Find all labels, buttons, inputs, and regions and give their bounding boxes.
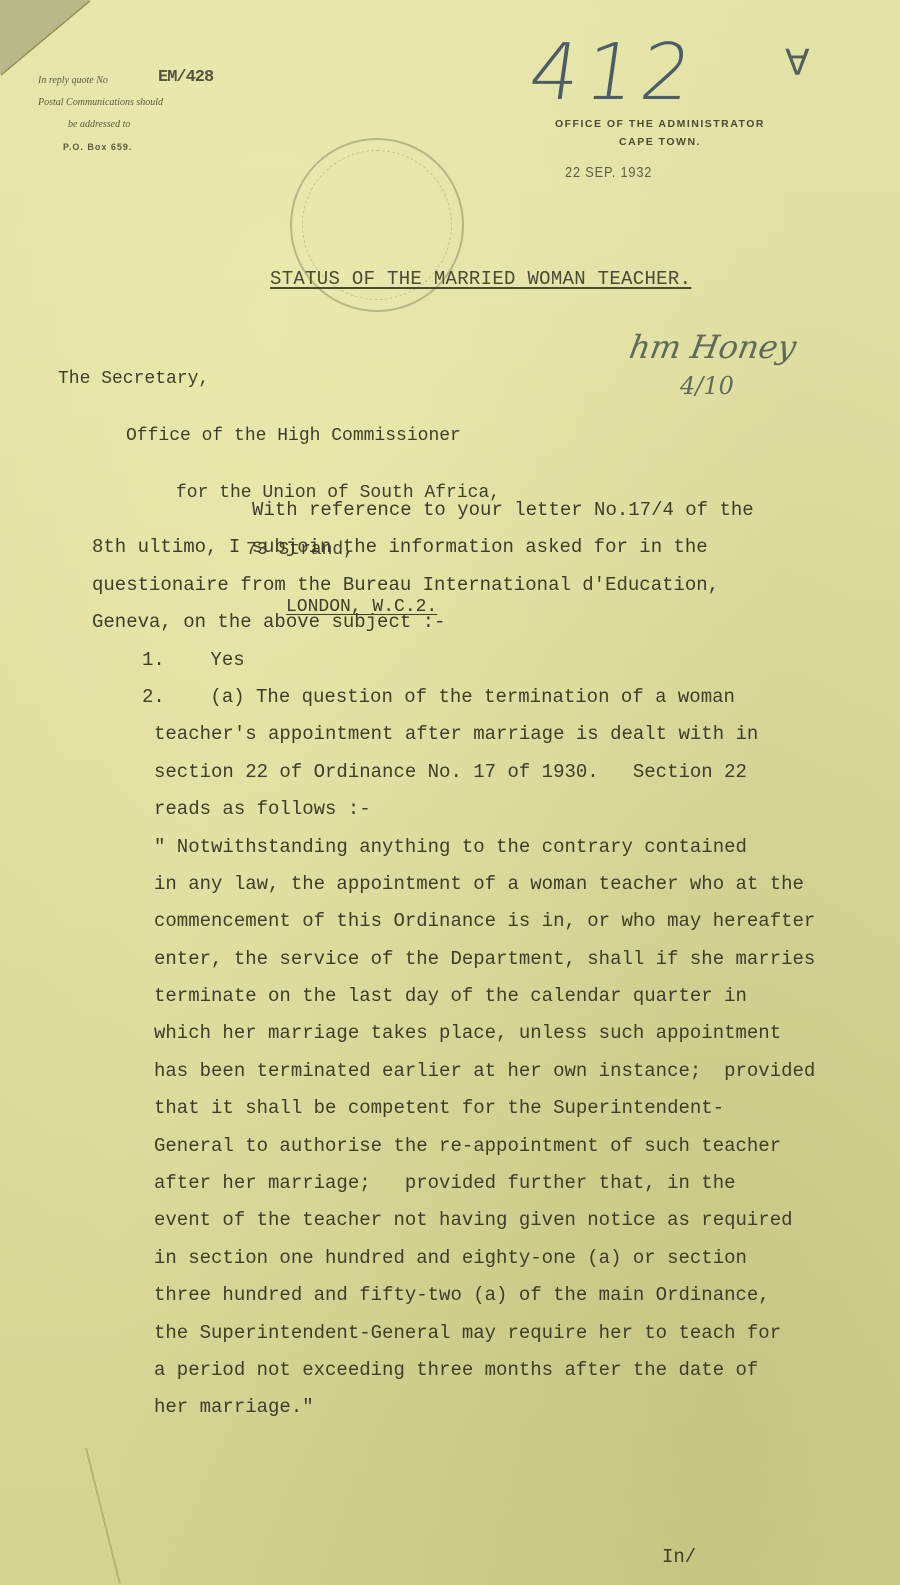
- body-line: a period not exceeding three months afte…: [92, 1352, 900, 1389]
- body-line: the Superintendent-General may require h…: [92, 1315, 900, 1352]
- addressee-line-2: Office of the High Commissioner: [58, 427, 500, 446]
- body-line: enter, the service of the Department, sh…: [92, 941, 900, 978]
- body-line: questionaire from the Bureau Internation…: [92, 567, 900, 604]
- postal-line-2: be addressed to: [38, 114, 268, 136]
- reference-number: EM/428: [158, 67, 213, 89]
- continuation-mark: In/: [662, 1546, 696, 1568]
- body-line: " Notwithstanding anything to the contra…: [92, 829, 900, 866]
- letterhead-office-block: OFFICE OF THE ADMINISTRATOR CAPE TOWN.: [510, 115, 810, 151]
- body-line: reads as follows :-: [92, 791, 900, 828]
- handwritten-corner-mark: A: [785, 40, 810, 81]
- body-line: her marriage.": [92, 1389, 900, 1426]
- body-line: has been terminated earlier at her own i…: [92, 1053, 900, 1090]
- date-stamp: 22 SEP. 1932: [565, 164, 652, 181]
- body-line: commencement of this Ordinance is in, or…: [92, 903, 900, 940]
- body-line: 1. Yes: [92, 642, 900, 679]
- po-box: P.O. Box 659.: [38, 136, 268, 158]
- body-line: terminate on the last day of the calenda…: [92, 978, 900, 1015]
- body-line: With reference to your letter No.17/4 of…: [92, 492, 900, 529]
- office-line-2: CAPE TOWN.: [510, 133, 810, 151]
- letter-body: With reference to your letter No.17/4 of…: [92, 492, 900, 1427]
- handwritten-initials: hm Honey: [627, 328, 800, 366]
- body-line: General to authorise the re-appointment …: [92, 1128, 900, 1165]
- body-line: which her marriage takes place, unless s…: [92, 1015, 900, 1052]
- body-line: three hundred and fifty-two (a) of the m…: [92, 1277, 900, 1314]
- folded-corner: [0, 0, 90, 75]
- letterhead-reply-block: In reply quote No EM/428 Postal Communic…: [38, 70, 268, 158]
- body-line: Geneva, on the above subject :-: [92, 604, 900, 641]
- body-line: in section one hundred and eighty-one (a…: [92, 1240, 900, 1277]
- body-line: 8th ultimo, I subjoin the information as…: [92, 529, 900, 566]
- document-title: STATUS OF THE MARRIED WOMAN TEACHER.: [270, 268, 691, 290]
- body-line: in any law, the appointment of a woman t…: [92, 866, 900, 903]
- body-line: event of the teacher not having given no…: [92, 1202, 900, 1239]
- body-line: after her marriage; provided further tha…: [92, 1165, 900, 1202]
- body-line: that it shall be competent for the Super…: [92, 1090, 900, 1127]
- postal-line-1: Postal Communications should: [38, 92, 268, 114]
- body-line: 2. (a) The question of the termination o…: [92, 679, 900, 716]
- addressee-line-1: The Secretary,: [58, 370, 500, 389]
- body-line: teacher's appointment after marriage is …: [92, 716, 900, 753]
- handwritten-file-number: 412: [524, 28, 704, 118]
- reply-label: In reply quote No: [38, 70, 268, 92]
- handwritten-initials-date: 4/10: [680, 372, 734, 400]
- body-line: section 22 of Ordinance No. 17 of 1930. …: [92, 754, 900, 791]
